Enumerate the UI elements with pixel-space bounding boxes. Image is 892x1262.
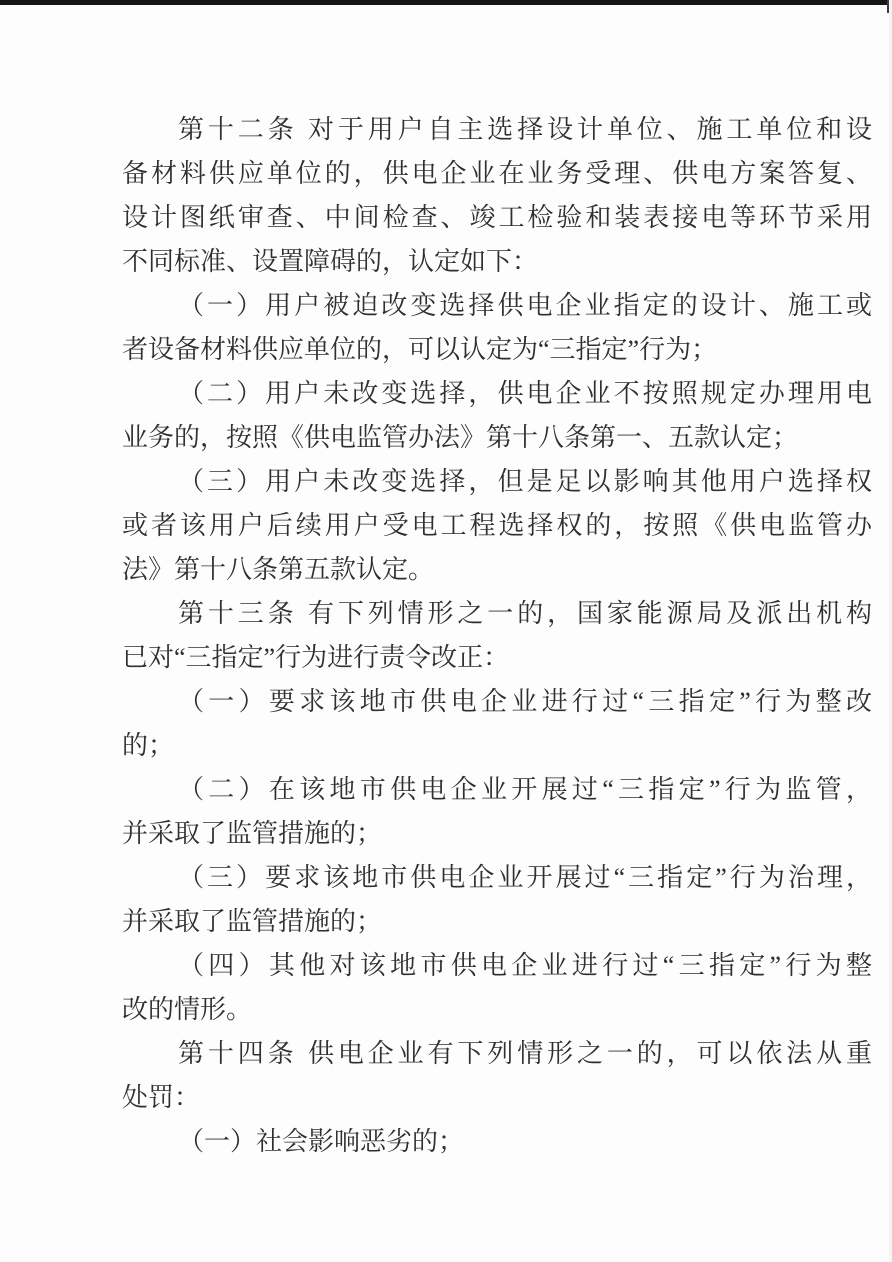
list-item-line: （四）其他对该地市供电企业进行过“三指定”行为整 <box>122 944 872 988</box>
list-item-line: （一）社会影响恶劣的； <box>122 1120 872 1164</box>
list-item-line: （一）用户被迫改变选择供电企业指定的设计、施工或 <box>122 284 872 328</box>
text-line: 并采取了监管措施的； <box>122 812 872 856</box>
scan-top-bar <box>0 0 892 5</box>
document-page: 第十二条 对于用户自主选择设计单位、施工单位和设 备材料供应单位的，供电企业在业… <box>0 0 892 1262</box>
article-heading-line: 第十二条 对于用户自主选择设计单位、施工单位和设 <box>122 108 872 152</box>
text-line: 不同标准、设置障碍的，认定如下： <box>122 240 872 284</box>
list-item-line: （一）要求该地市供电企业进行过“三指定”行为整改 <box>122 680 872 724</box>
article-heading-line: 第十四条 供电企业有下列情形之一的，可以依法从重 <box>122 1032 872 1076</box>
text-line: 法》第十八条第五款认定。 <box>122 548 872 592</box>
document-text-block: 第十二条 对于用户自主选择设计单位、施工单位和设 备材料供应单位的，供电企业在业… <box>122 108 872 1164</box>
text-line: 备材料供应单位的，供电企业在业务受理、供电方案答复、 <box>122 152 872 196</box>
list-item-line: （三）用户未改变选择，但是足以影响其他用户选择权 <box>122 460 872 504</box>
text-line: 的； <box>122 724 872 768</box>
text-line: 设计图纸审查、中间检查、竣工检验和装表接电等环节采用 <box>122 196 872 240</box>
text-line: 或者该用户后续用户受电工程选择权的，按照《供电监管办 <box>122 504 872 548</box>
text-line: 改的情形。 <box>122 988 872 1032</box>
article-heading-line: 第十三条 有下列情形之一的，国家能源局及派出机构 <box>122 592 872 636</box>
text-line: 处罚： <box>122 1076 872 1120</box>
text-line: 并采取了监管措施的； <box>122 900 872 944</box>
list-item-line: （二）用户未改变选择，供电企业不按照规定办理用电 <box>122 372 872 416</box>
list-item-line: （二）在该地市供电企业开展过“三指定”行为监管， <box>122 768 872 812</box>
text-line: 业务的，按照《供电监管办法》第十八条第一、五款认定； <box>122 416 872 460</box>
text-line: 已对“三指定”行为进行责令改正： <box>122 636 872 680</box>
list-item-line: （三）要求该地市供电企业开展过“三指定”行为治理， <box>122 856 872 900</box>
text-line: 者设备材料供应单位的，可以认定为“三指定”行为； <box>122 328 872 372</box>
